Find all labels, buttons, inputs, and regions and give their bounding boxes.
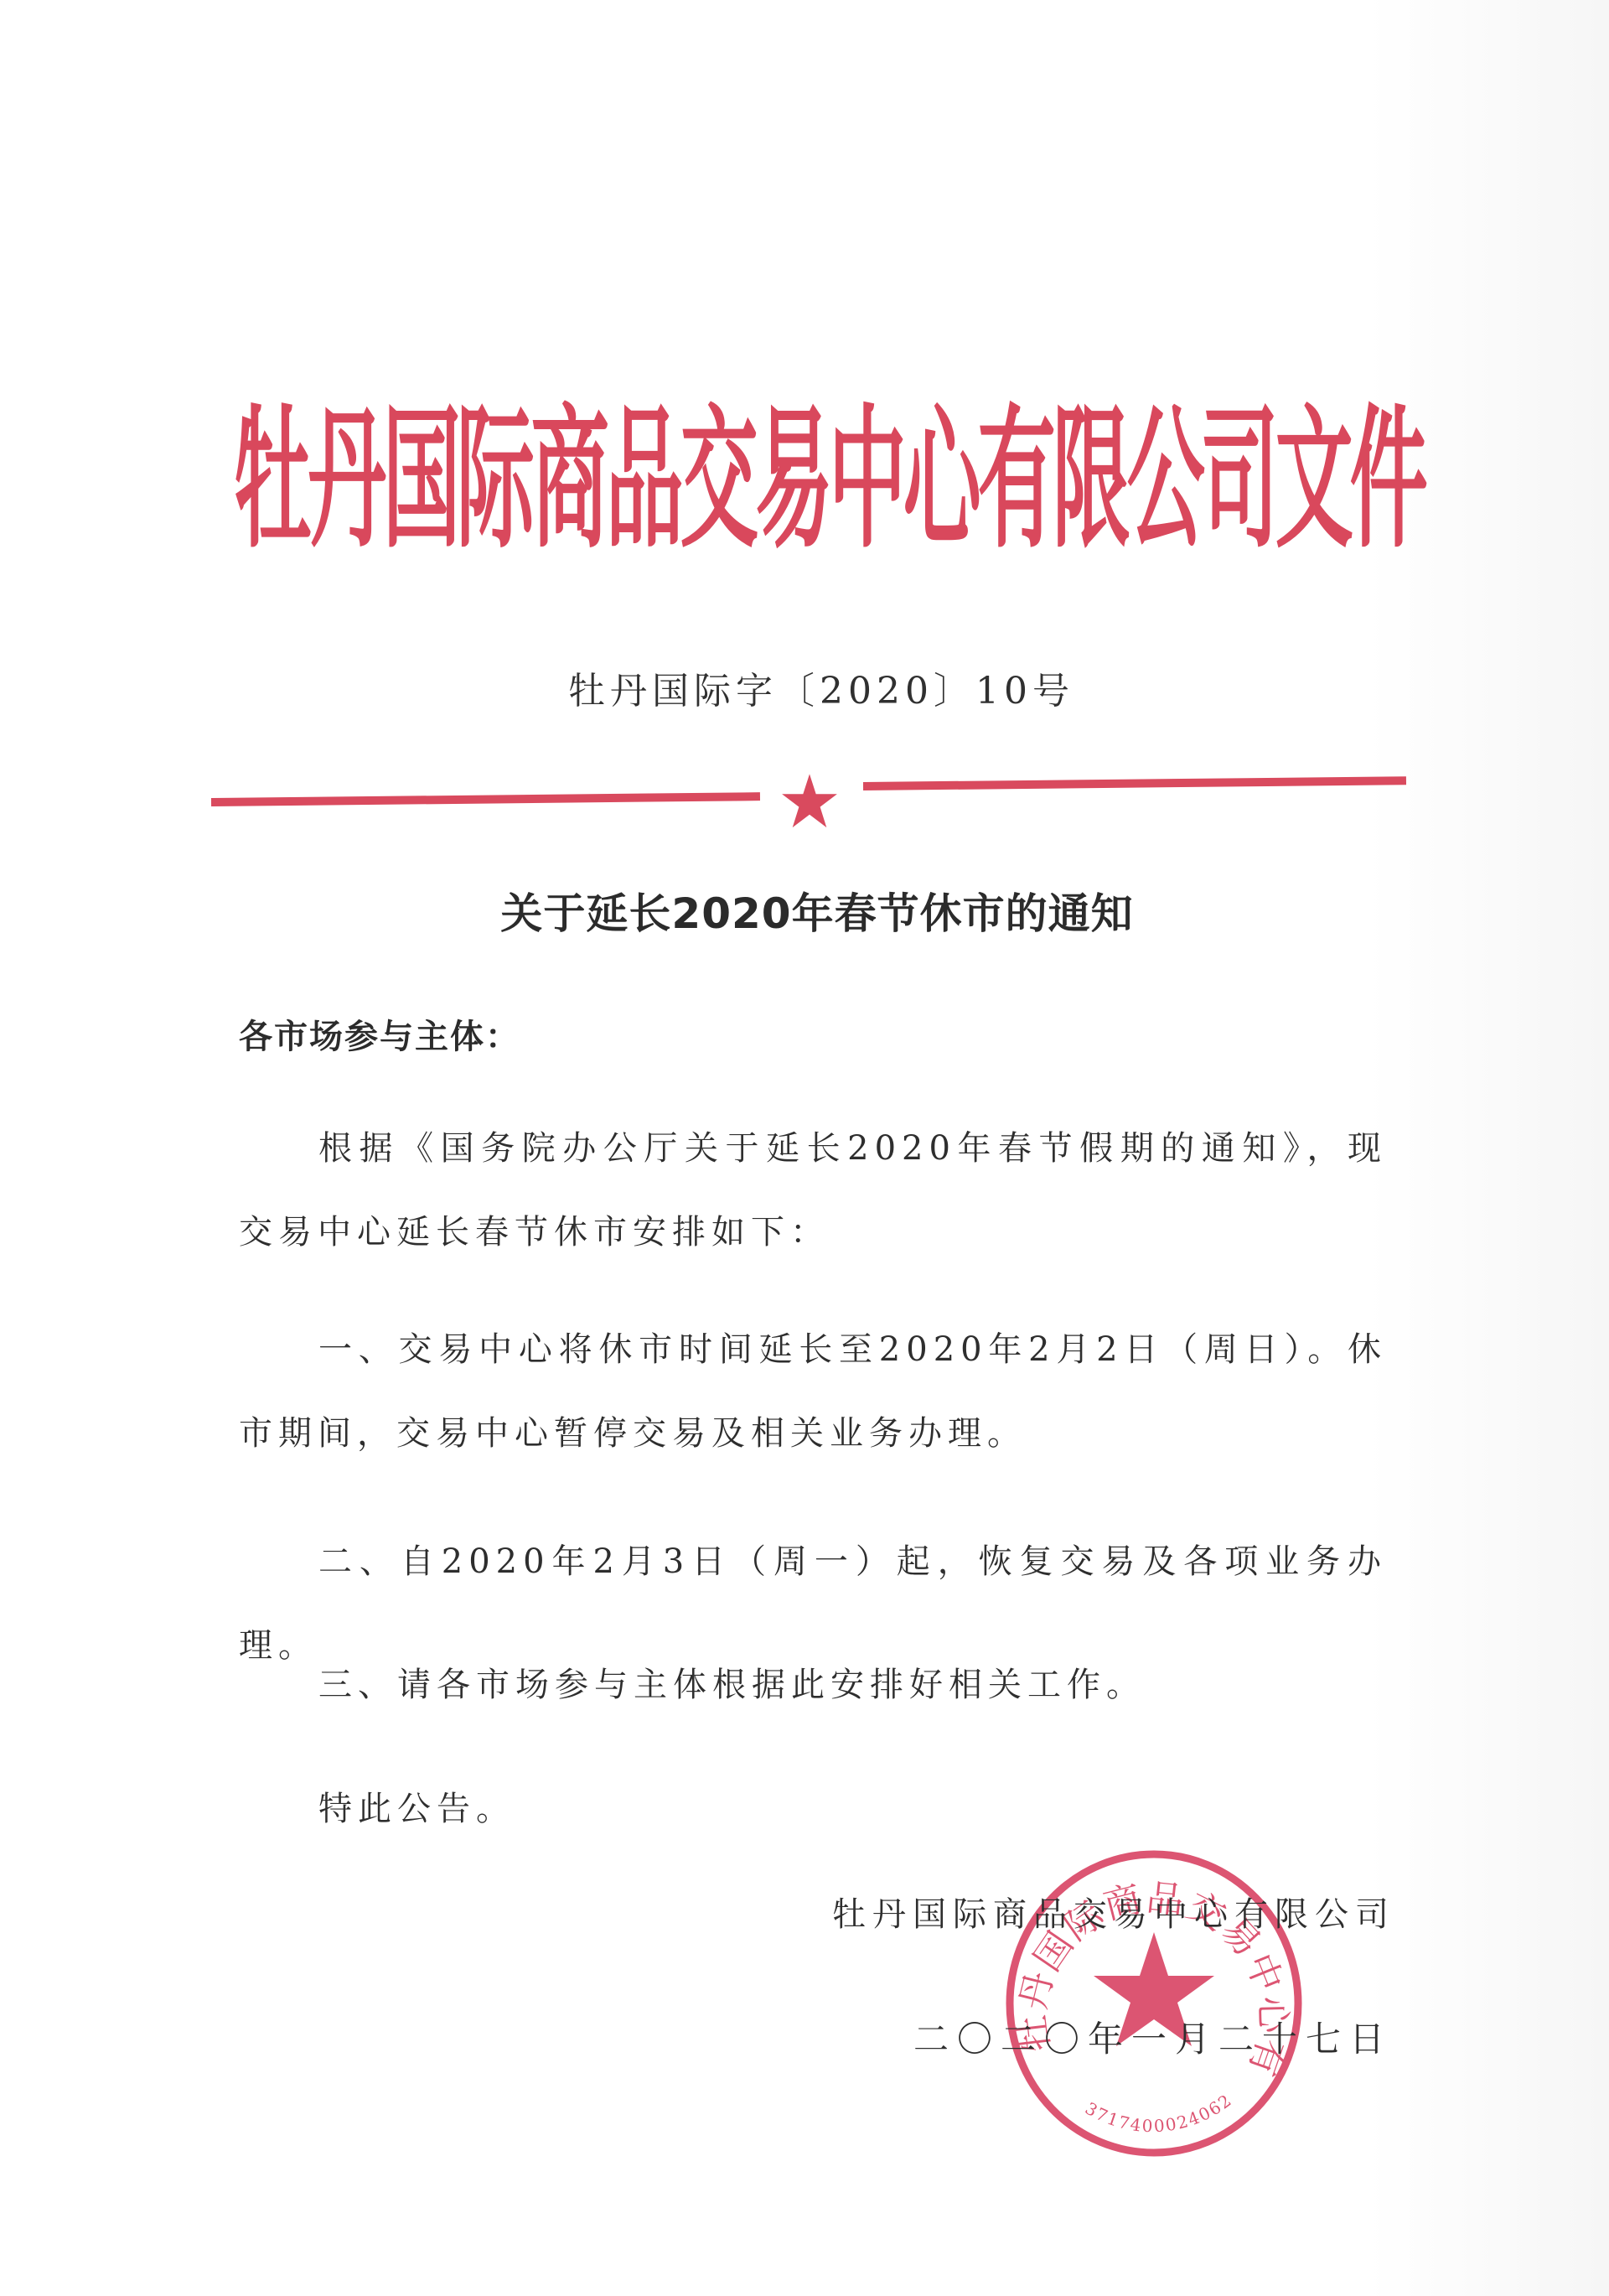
body-paragraph-item-1: 一、交易中心将休市时间延长至2020年2月2日（周日）。休市期间，交易中心暂停交…	[239, 1308, 1387, 1475]
red-star-icon	[779, 773, 840, 832]
header-char: 丹	[308, 404, 354, 557]
body-paragraph-item-3: 三、请各市场参与主体根据此安排好相关工作。	[239, 1643, 1387, 1727]
header-char: 商	[531, 404, 577, 557]
red-divider-right	[863, 776, 1406, 790]
document-header-org-title: 牡 丹 国 际 商 品 交 易 中 心 有 限 公 司 文 件	[220, 392, 1410, 568]
signatory-org: 牡丹国际商品交易中心有限公司	[832, 1888, 1395, 1936]
header-char: 品	[606, 404, 652, 557]
issue-date: 二〇二〇年一月二十七日	[913, 2012, 1393, 2062]
header-char: 牡	[234, 404, 280, 557]
header-char: 有	[978, 404, 1024, 557]
header-char: 交	[680, 404, 727, 557]
header-char: 中	[829, 404, 875, 557]
header-char: 易	[754, 404, 800, 557]
document-page: 牡 丹 国 际 商 品 交 易 中 心 有 限 公 司 文 件 牡丹国际字〔20…	[0, 0, 1609, 2296]
svg-text:3717400024062: 3717400024062	[1082, 2090, 1236, 2137]
header-char: 件	[1350, 404, 1396, 557]
salutation: 各市场参与主体：	[239, 1010, 520, 1058]
seal-code: 3717400024062	[1082, 2090, 1236, 2137]
header-char: 限	[1052, 404, 1098, 557]
document-number: 牡丹国际字〔2020〕10号	[0, 661, 1609, 714]
header-char: 司	[1201, 404, 1247, 557]
header-char: 公	[1126, 404, 1172, 557]
header-char: 国	[382, 404, 428, 557]
body-paragraph: 根据《国务院办公厅关于延长2020年春节假期的通知》，现交易中心延长春节休市安排…	[239, 1107, 1387, 1274]
document-title: 关于延长2020年春节休市的通知	[0, 880, 1609, 941]
header-char: 际	[457, 404, 503, 557]
header-char: 文	[1275, 404, 1322, 557]
header-char: 心	[903, 404, 949, 557]
red-divider-left	[211, 792, 760, 806]
closing-remark: 特此公告。	[239, 1767, 1387, 1851]
